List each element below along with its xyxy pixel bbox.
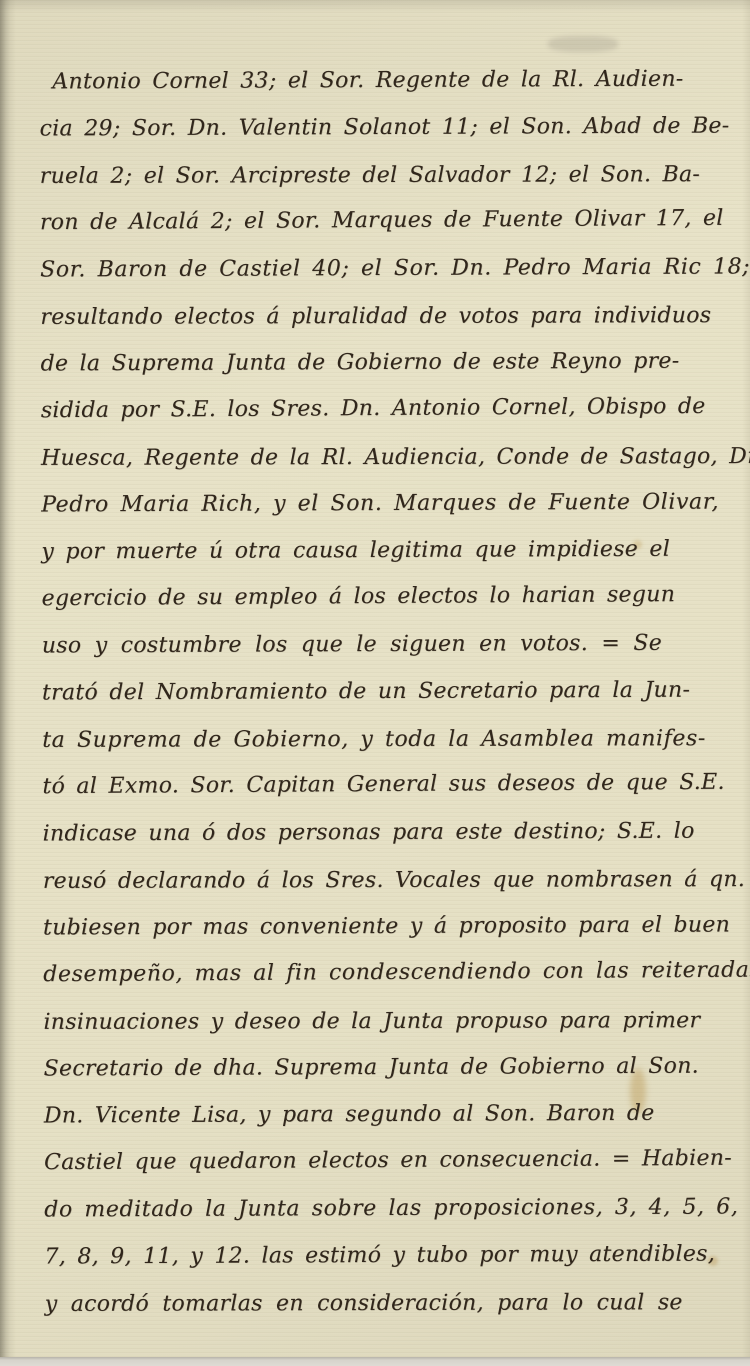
paper-smudge (548, 36, 618, 52)
manuscript-line: indicase una ó dos personas para este de… (43, 808, 721, 858)
scan-bottom-edge (0, 1357, 750, 1366)
manuscript-line: ron de Alcalá 2; el Sor. Marques de Fuen… (40, 195, 718, 246)
manuscript-line: de la Suprema Junta de Gobierno de este … (40, 338, 718, 388)
manuscript-line: Dn. Vicente Lisa, y para segundo al Son.… (44, 1090, 722, 1140)
manuscript-line: ruela 2; el Sor. Arcipreste del Salvador… (40, 151, 718, 200)
manuscript-text-block: Antonio Cornel 33; el Sor. Regente de la… (39, 56, 723, 1328)
manuscript-line: ta Suprema de Gobierno, y toda la Asambl… (42, 715, 720, 764)
manuscript-page-scan: Antonio Cornel 33; el Sor. Regente de la… (0, 0, 750, 1366)
manuscript-line: egercicio de su empleo á los electos lo … (41, 571, 719, 622)
manuscript-line: tubiesen por mas conveniente y á proposi… (43, 902, 721, 952)
page-right-shadow (742, 0, 750, 1366)
manuscript-line: do meditado la Junta sobre las proposici… (44, 1184, 722, 1234)
manuscript-line: trató del Nombramiento de un Secretario … (42, 667, 720, 717)
manuscript-line: Castiel que quedaron electos en consecue… (44, 1135, 722, 1186)
manuscript-line: desempeño, mas al fin condescendiendo co… (43, 947, 721, 998)
manuscript-line: Sor. Baron de Castiel 40; el Sor. Dn. Pe… (40, 244, 718, 294)
manuscript-line: 7, 8, 9, 11, y 12. las estimó y tubo por… (44, 1231, 722, 1281)
page-gutter-shadow (0, 0, 16, 1366)
manuscript-line: Pedro Maria Rich, y el Son. Marques de F… (41, 479, 719, 529)
manuscript-line: Huesca, Regente de la Rl. Audiencia, Con… (41, 433, 719, 482)
manuscript-line: uso y costumbre los que le siguen en vot… (42, 620, 720, 670)
manuscript-line: tó al Exmo. Sor. Capitan General sus des… (42, 759, 720, 810)
manuscript-line: Secretario de dha. Suprema Junta de Gobi… (44, 1043, 722, 1093)
manuscript-line: cia 29; Sor. Dn. Valentin Solanot 11; el… (39, 103, 717, 153)
manuscript-line: sidida por S.E. los Sres. Dn. Antonio Co… (41, 383, 719, 434)
manuscript-line: y por muerte ú otra causa legitima que i… (41, 526, 719, 576)
manuscript-line: reusó declarando á los Sres. Vocales que… (43, 856, 721, 905)
page-top-shadow (0, 0, 750, 12)
manuscript-line: insinuaciones y deseo de la Junta propus… (43, 997, 721, 1046)
manuscript-line: Antonio Cornel 33; el Sor. Regente de la… (39, 56, 717, 106)
manuscript-line: y acordó tomarlas en consideración, para… (45, 1279, 723, 1328)
manuscript-line: resultando electos á pluralidad de votos… (40, 292, 718, 341)
